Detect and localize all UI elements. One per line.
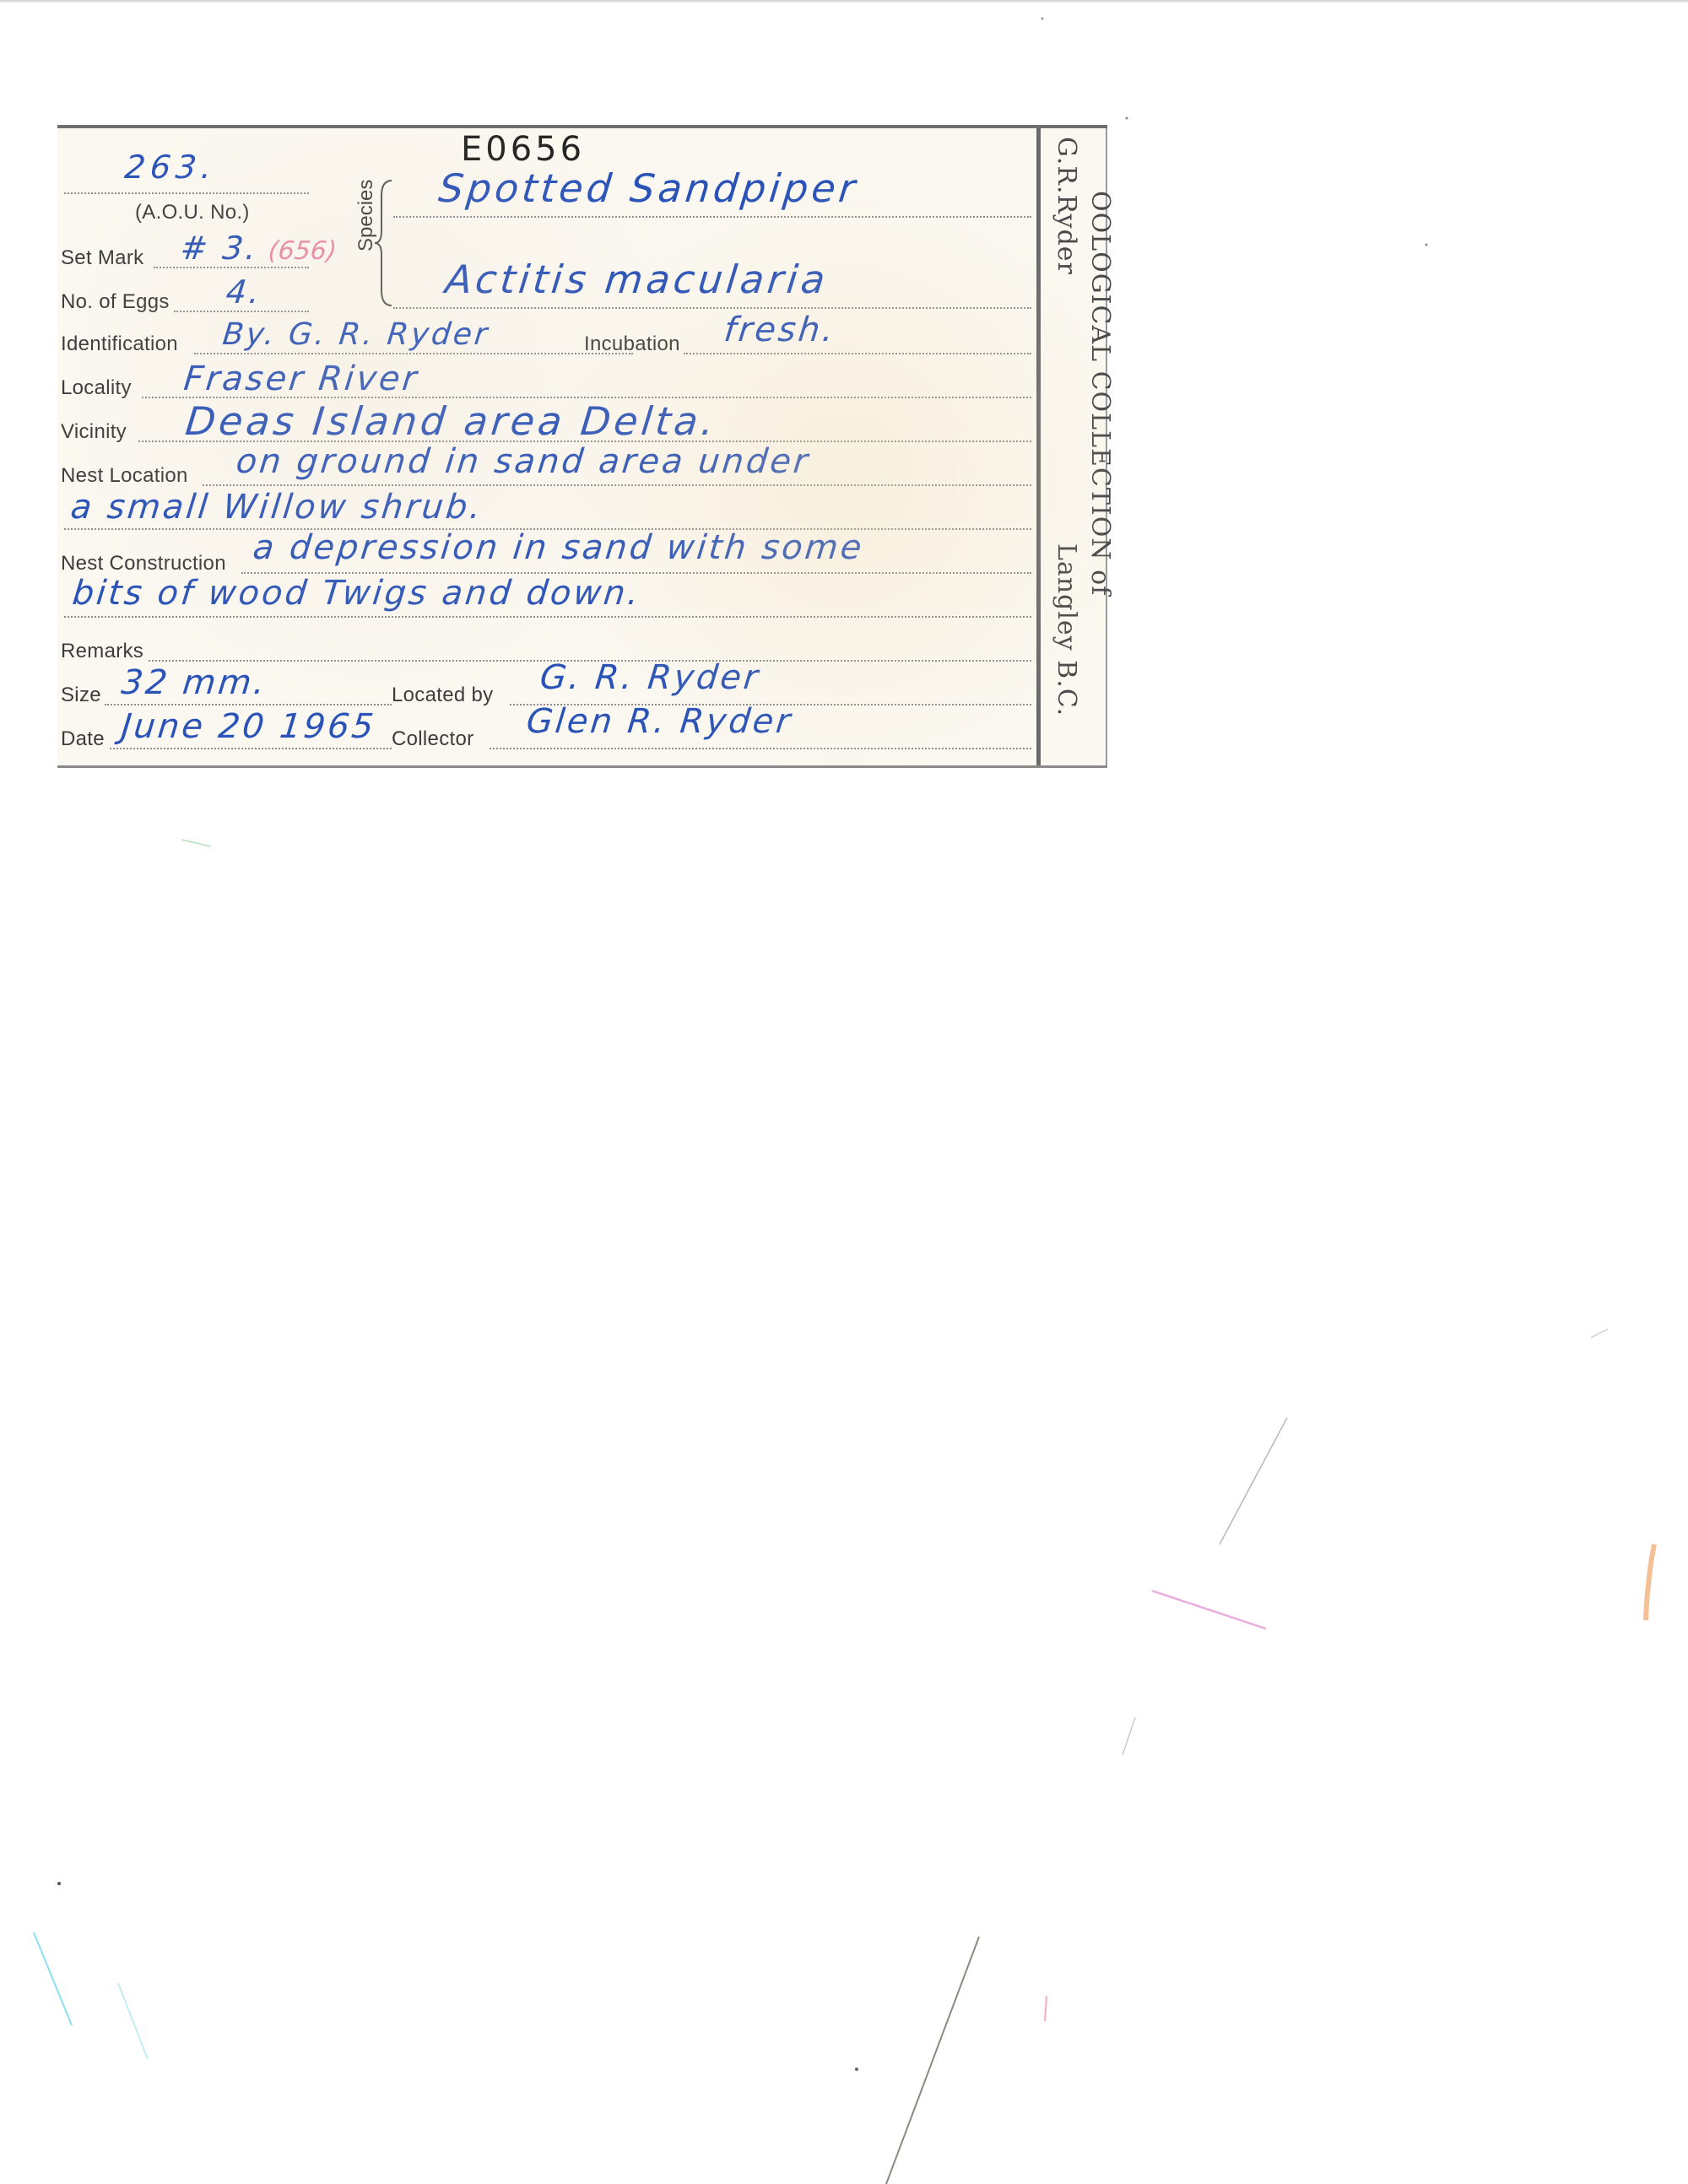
scan-artifacts: [0, 0, 1688, 2184]
